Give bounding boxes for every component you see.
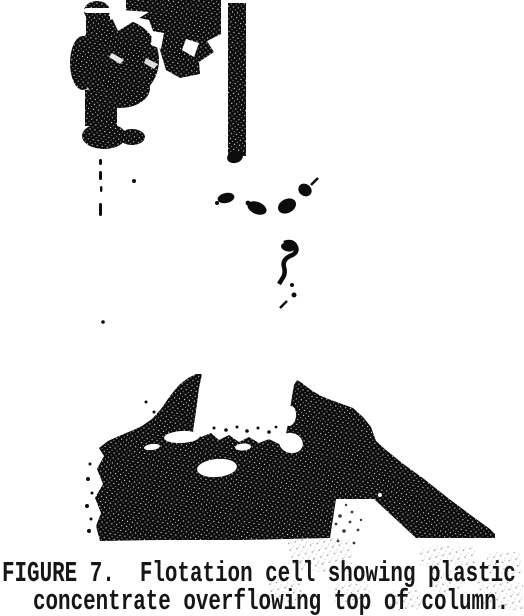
froth-splash xyxy=(378,493,382,497)
figure-photo xyxy=(0,0,524,616)
valve-foot-toe xyxy=(119,129,145,145)
overflow-froth xyxy=(85,374,495,544)
knob-highlight xyxy=(84,8,111,13)
valve-assembly xyxy=(70,0,221,149)
scan-speckles xyxy=(268,538,523,610)
froth-mass xyxy=(95,374,495,541)
valve-stem xyxy=(85,87,117,126)
scanned-page: FIGURE 7. Flotation cell showing plastic… xyxy=(0,0,524,616)
froth-spatter xyxy=(99,149,318,324)
support-rod xyxy=(228,3,246,156)
